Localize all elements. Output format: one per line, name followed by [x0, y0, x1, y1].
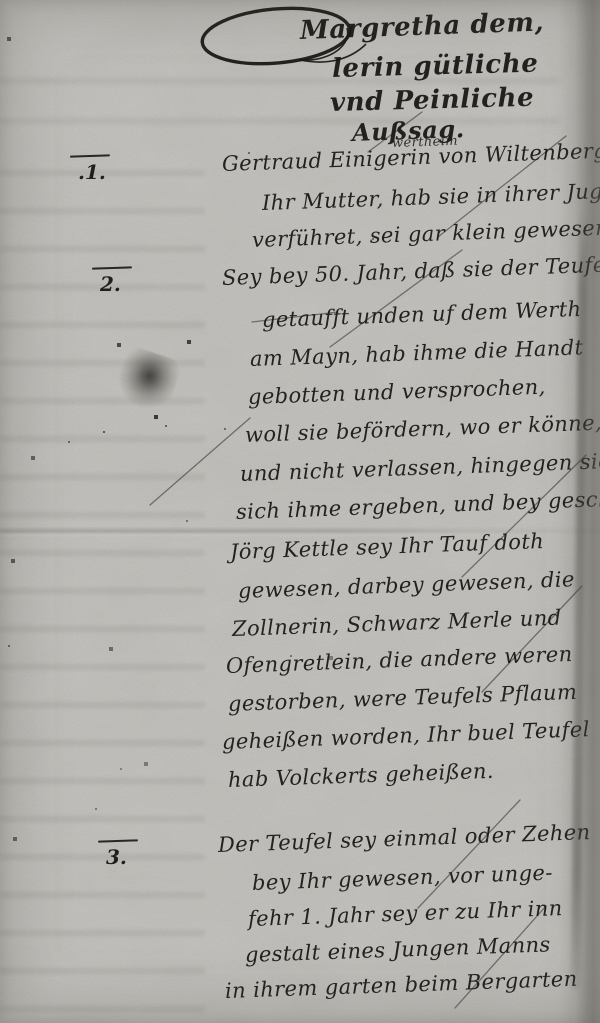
title-line-2: lerin gütliche: [332, 49, 539, 84]
title-line-1: Margretha dem,: [299, 7, 544, 46]
section-marker-2: 2.: [100, 272, 121, 296]
manuscript-line: getaufft unden uf dem Werth: [262, 297, 582, 332]
manuscript-line: hab Volckerts geheißen.: [228, 759, 495, 792]
manuscript-line: Zollnerin, Schwarz Merle und: [232, 606, 562, 641]
manuscript-line: Ihr Mutter, hab sie in ihrer Jugend: [262, 178, 600, 215]
manuscript-line: woll sie befördern, wo er könne,: [245, 411, 600, 447]
manuscript-line: Ofengretlein, die andere weren: [226, 642, 573, 678]
manuscript-line: Der Teufel sey einmal oder Zehen: [218, 820, 591, 857]
manuscript-line: gestorben, were Teufels Pflaum: [228, 680, 578, 716]
marker-overline: [98, 839, 138, 843]
section-marker-1: .1.: [78, 160, 106, 184]
manuscript-line: gestalt eines Jungen Manns: [245, 932, 551, 967]
manuscript-line: gewesen, darbey gewesen, die: [238, 567, 576, 603]
manuscript-line: und nicht verlassen, hingegen sie: [240, 449, 600, 486]
page-edge-ragged: [571, 210, 588, 990]
manuscript-line: in ihrem garten beim Bergarten: [225, 967, 578, 1003]
marker-overline: [92, 266, 132, 270]
marker-overline: [70, 154, 110, 158]
manuscript-line: geheißen worden, Ihr buel Teufel: [222, 717, 591, 754]
manuscript-page: Margretha dem, lerin gütliche vnd Peinli…: [0, 0, 600, 1023]
section-marker-3: 3.: [106, 845, 127, 869]
manuscript-line: bey Ihr gewesen, vor unge-: [252, 861, 554, 895]
manuscript-line: fehr 1. Jahr sey er zu Ihr inn: [248, 896, 563, 931]
manuscript-line: Sey bey 50. Jahr, daß sie der Teufel: [222, 252, 600, 290]
ink-blot: [111, 344, 183, 415]
manuscript-line: sich ihme ergeben, und bey geschlafen,: [236, 485, 600, 524]
manuscript-line: gebotten und versprochen,: [248, 375, 546, 409]
title-line-3: vnd Peinliche: [330, 83, 535, 118]
ink-specks: [0, 0, 2, 2]
manuscript-line: verführet, sei gar klein gewesen,: [252, 215, 600, 252]
manuscript-line: Jörg Kettle sey Ihr Tauf doth: [230, 529, 545, 564]
manuscript-line: am Mayn, hab ihme die Handt: [250, 335, 584, 371]
